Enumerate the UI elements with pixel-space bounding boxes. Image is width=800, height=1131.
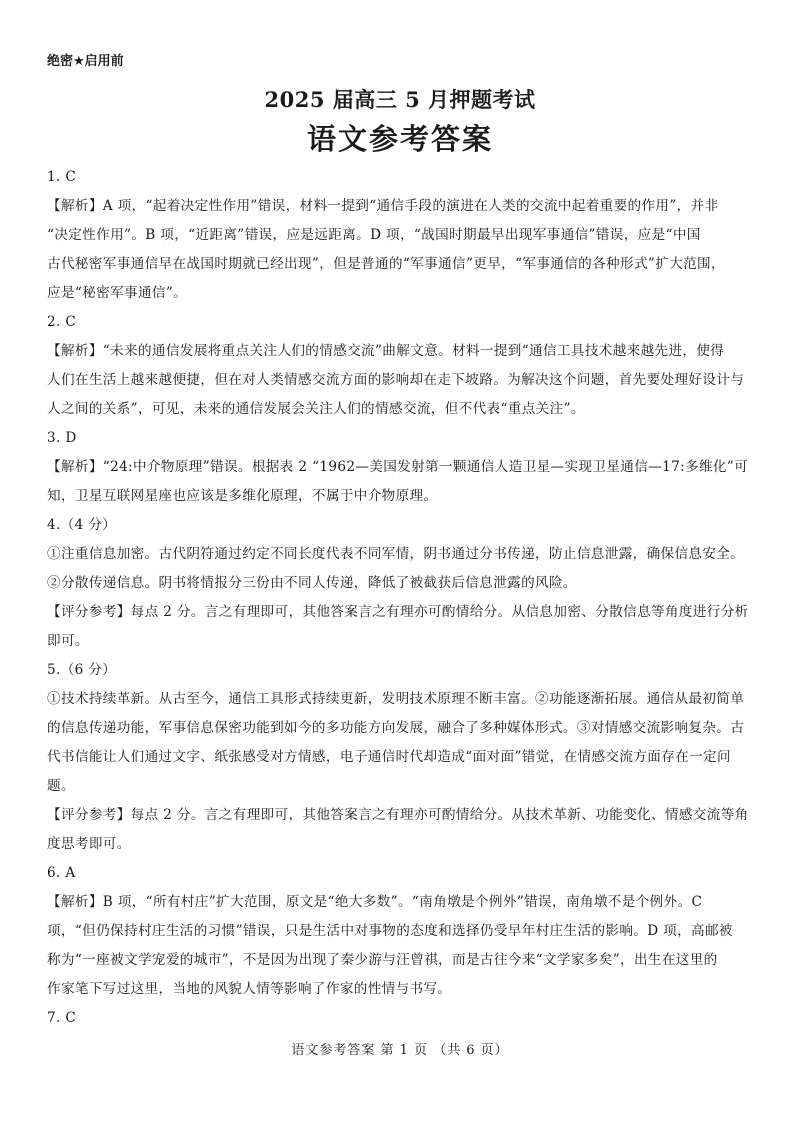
- scoring-reference-line: 【评分参考】每点 2 分。言之有理即可，其他答案言之有理亦可酌情给分。从技术革新…: [47, 801, 769, 830]
- analysis-line: 称为“一座被文学宠爱的城市”，不是因为出现了秦少游与汪曾祺，而是古往今来“文学家…: [47, 946, 769, 975]
- analysis-line: 知，卫星互联网星座也应该是多维化原理，不属于中介物原理。: [47, 482, 769, 511]
- exam-title: 2025 届高三 5 月押题考试: [0, 84, 800, 114]
- analysis-line: “决定性作用”。B 项，“近距离”错误，应是远距离。D 项，“战国时期最早出现军…: [47, 221, 769, 250]
- answer-point-line: 的信息传递功能，军事信息保密功能到如今的多功能方向发展，融合了多种媒体形式。③对…: [47, 714, 769, 743]
- confidential-mark: 绝密★启用前: [47, 50, 124, 69]
- analysis-line: 项，“但仍保持村庄生活的习惯”错误，只是生活中对事物的态度和选择仍受早年村庄生活…: [47, 917, 769, 946]
- question-number: 4.（4 分）: [47, 511, 769, 540]
- analysis-line: 人之间的关系”，可见，未来的通信发展会关注人们的情感交流，但不代表“重点关注”。: [47, 395, 769, 424]
- scoring-reference-line: 即可。: [47, 627, 769, 656]
- scoring-reference-line: 【评分参考】每点 2 分。言之有理即可，其他答案言之有理亦可酌情给分。从信息加密…: [47, 598, 769, 627]
- document-subtitle: 语文参考答案: [0, 117, 800, 158]
- analysis-line: 【解析】“24:中介物原理”错误。根据表 2 “1962—美国发射第一颗通信人造…: [47, 453, 769, 482]
- answer-point-line: 代书信能让人们通过文字、纸张感受对方情感，电子通信时代却造成“面对面”错觉，在情…: [47, 743, 769, 772]
- question-number: 6. A: [47, 859, 769, 888]
- answer-point-line: ②分散传递信息。阴书将情报分三份由不同人传递，降低了被截获后信息泄露的风险。: [47, 569, 769, 598]
- analysis-line: 【解析】A 项，“起着决定性作用”错误，材料一提到“通信手段的演进在人类的交流中…: [47, 192, 769, 221]
- question-number: 1. C: [47, 163, 769, 192]
- answer-body: 1. C 【解析】A 项，“起着决定性作用”错误，材料一提到“通信手段的演进在人…: [47, 163, 769, 1033]
- answer-point-line: ①注重信息加密。古代阴符通过约定不同长度代表不同军情，阴书通过分书传递，防止信息…: [47, 540, 769, 569]
- question-number: 3. D: [47, 424, 769, 453]
- analysis-line: 【解析】B 项，“所有村庄”扩大范围，原文是“绝大多数”。“南角墩是个例外”错误…: [47, 888, 769, 917]
- analysis-line: 人们在生活上越来越便捷，但在对人类情感交流方面的影响却在走下坡路。为解决这个问题…: [47, 366, 769, 395]
- analysis-line: 【解析】“未来的通信发展将重点关注人们的情感交流”曲解文意。材料一提到“通信工具…: [47, 337, 769, 366]
- question-number: 5.（6 分）: [47, 656, 769, 685]
- analysis-line: 古代秘密军事通信早在战国时期就已经出现”，但是普通的“军事通信”更早，“军事通信…: [47, 250, 769, 279]
- analysis-line: 作家笔下写过这里，当地的风貌人情等影响了作家的性情与书写。: [47, 975, 769, 1004]
- question-number: 7. C: [47, 1004, 769, 1033]
- page-footer: 语文参考答案 第 1 页 （共 6 页）: [0, 1039, 800, 1058]
- question-number: 2. C: [47, 308, 769, 337]
- analysis-line: 应是“秘密军事通信”。: [47, 279, 769, 308]
- answer-point-line: ①技术持续革新。从古至今，通信工具形式持续更新，发明技术原理不断丰富。②功能逐渐…: [47, 685, 769, 714]
- answer-point-line: 题。: [47, 772, 769, 801]
- scoring-reference-line: 度思考即可。: [47, 830, 769, 859]
